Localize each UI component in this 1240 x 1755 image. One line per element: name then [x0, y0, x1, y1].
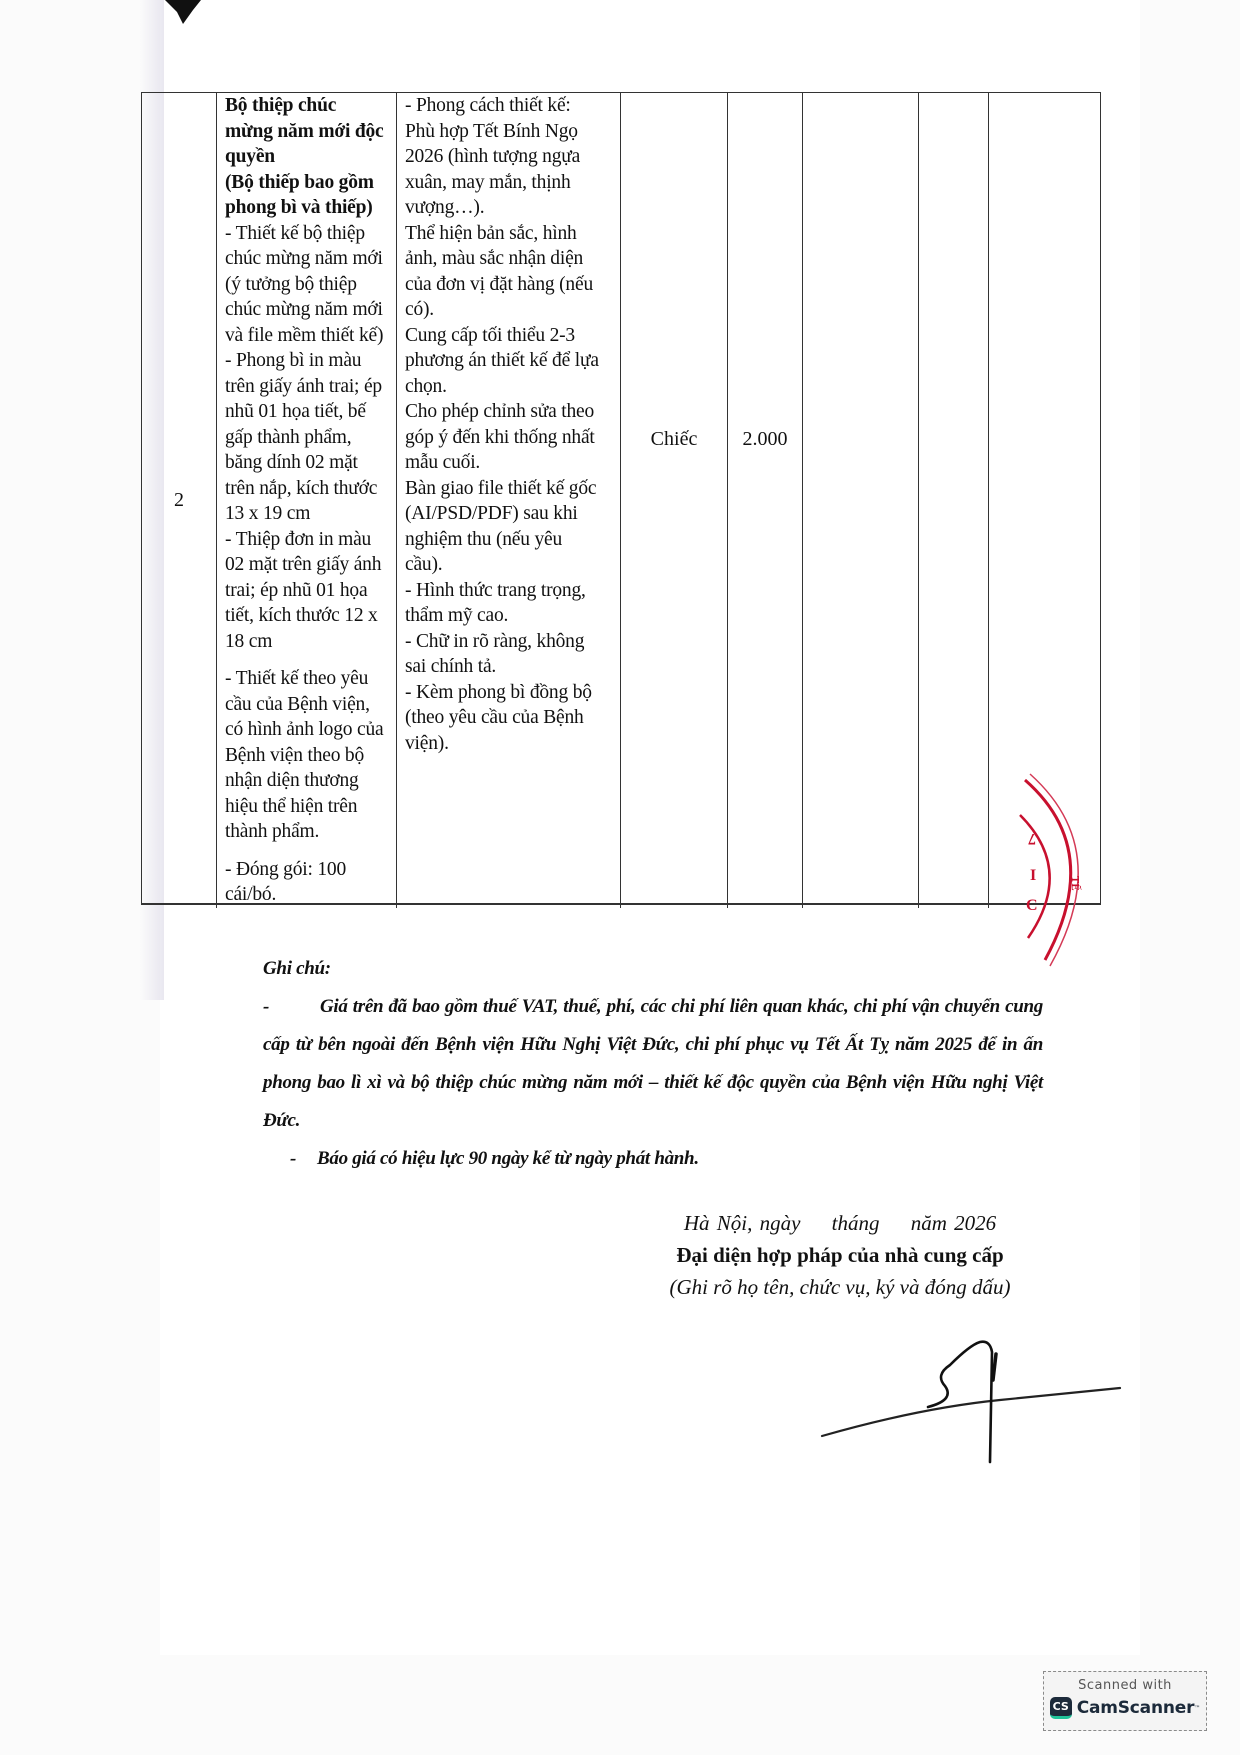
text-line: sai chính tả.: [405, 654, 614, 680]
signature-instruction: (Ghi rõ họ tên, chức vụ, ký và đóng dấu): [640, 1271, 1040, 1303]
text-line: cầu).: [405, 552, 614, 578]
note-item-2: -Báo giá có hiệu lực 90 ngày kể từ ngày …: [263, 1140, 1043, 1178]
badge-caption: Scanned with: [1044, 1678, 1206, 1693]
handwritten-signature: [800, 1330, 1150, 1500]
notes-section: Ghi chú: -Giá trên đã bao gồm thuế VAT, …: [263, 950, 1043, 1178]
text-line: thành phẩm.: [225, 819, 390, 845]
text-line: xuân, may mắn, thịnh: [405, 170, 614, 196]
quantity-value: 2.000: [743, 428, 788, 451]
text-line: thẩm mỹ cao.: [405, 603, 614, 629]
text-line: của đơn vị đặt hàng (nếu: [405, 272, 614, 298]
cell-amount: [919, 93, 989, 908]
cell-item-name: Bộ thiệp chúcmừng năm mới độcquyền(Bộ th…: [217, 93, 397, 908]
text-line: (ý tưởng bộ thiệp: [225, 272, 390, 298]
item-description: Bộ thiệp chúcmừng năm mới độcquyền(Bộ th…: [217, 93, 396, 908]
text-line: - Chữ in rõ ràng, không: [405, 629, 614, 655]
text-line: ảnh, màu sắc nhận diện: [405, 246, 614, 272]
svg-text:7: 7: [1028, 830, 1036, 847]
text-line: trên giấy ánh trai; ép: [225, 374, 390, 400]
badge-brand: CamScanner: [1077, 1698, 1195, 1718]
cell-quantity: 2.000: [728, 93, 803, 908]
text-line: (Bộ thiếp bao gồm: [225, 170, 390, 196]
camscanner-badge: Scanned with CS CamScanner™: [1043, 1671, 1207, 1731]
text-line: mừng năm mới độc: [225, 119, 390, 145]
text-line: 18 cm: [225, 629, 390, 655]
svg-text:C: C: [1026, 897, 1038, 914]
text-line: - Đóng gói: 100: [225, 857, 390, 883]
text-line: băng dính 02 mặt: [225, 450, 390, 476]
svg-text:TẾ: TẾ: [1069, 876, 1082, 891]
technical-requirements: - Phong cách thiết kế:Phù hợp Tết Bính N…: [397, 93, 620, 756]
date-line: Hà Nội, ngày tháng năm 2026: [640, 1207, 1040, 1239]
representative-title: Đại diện hợp pháp của nhà cung cấp: [640, 1239, 1040, 1271]
text-line: Cung cấp tối thiểu 2-3: [405, 323, 614, 349]
cell-stt: 2: [142, 93, 217, 908]
text-line: Phù hợp Tết Bính Ngọ: [405, 119, 614, 145]
quotation-table: 2 Bộ thiệp chúcmừng năm mới độcquyền(Bộ …: [141, 92, 1101, 905]
unit-value: Chiếc: [651, 428, 698, 451]
text-line: trai; ép nhũ 01 họa: [225, 578, 390, 604]
text-line: quyền: [225, 144, 390, 170]
svg-text:I: I: [1030, 867, 1036, 884]
text-line: nhũ 01 họa tiết, bế: [225, 399, 390, 425]
text-line: hiệu thể hiện trên: [225, 794, 390, 820]
text-line: - Thiệp đơn in màu: [225, 527, 390, 553]
text-line: tiết, kích thước 12 x: [225, 603, 390, 629]
text-line: Bàn giao file thiết kế gốc: [405, 476, 614, 502]
text-line: Cho phép chỉnh sửa theo: [405, 399, 614, 425]
text-line: nhận diện thương: [225, 768, 390, 794]
text-line: Thể hiện bản sắc, hình: [405, 221, 614, 247]
text-line: - Hình thức trang trọng,: [405, 578, 614, 604]
text-line: 02 mặt trên giấy ánh: [225, 552, 390, 578]
text-line: chúc mừng năm mới: [225, 297, 390, 323]
text-line: phong bì và thiếp): [225, 195, 390, 221]
text-line: chọn.: [405, 374, 614, 400]
text-line: trên nắp, kích thước: [225, 476, 390, 502]
text-line: cầu của Bệnh viện,: [225, 692, 390, 718]
scan-artifact-mark: [163, 0, 203, 24]
text-line: - Phong cách thiết kế:: [405, 93, 614, 119]
text-line: - Phong bì in màu: [225, 348, 390, 374]
text-line: - Thiết kế bộ thiệp: [225, 221, 390, 247]
text-line: chúc mừng năm mới: [225, 246, 390, 272]
text-line: cái/bó.: [225, 882, 390, 908]
row-number: 2: [174, 489, 184, 512]
text-line: 2026 (hình tượng ngựa: [405, 144, 614, 170]
text-line: - Kèm phong bì đồng bộ: [405, 680, 614, 706]
cell-unit-price: [803, 93, 919, 908]
signature-block: Hà Nội, ngày tháng năm 2026 Đại diện hợp…: [640, 1207, 1040, 1303]
text-line: góp ý đến khi thống nhất: [405, 425, 614, 451]
text-line: (AI/PSD/PDF) sau khi: [405, 501, 614, 527]
text-line: (theo yêu cầu của Bệnh: [405, 705, 614, 731]
cell-requirements: - Phong cách thiết kế:Phù hợp Tết Bính N…: [397, 93, 621, 908]
notes-title: Ghi chú:: [263, 950, 1043, 988]
text-line: viện).: [405, 731, 614, 757]
text-line: phương án thiết kế để lựa: [405, 348, 614, 374]
text-line: nghiệm thu (nếu yêu: [405, 527, 614, 553]
text-line: có).: [405, 297, 614, 323]
camscanner-logo-icon: CS: [1050, 1697, 1072, 1719]
text-line: Bệnh viện theo bộ: [225, 743, 390, 769]
red-stamp: 7 I C TẾ: [1010, 760, 1100, 970]
text-line: mẫu cuối.: [405, 450, 614, 476]
cell-unit: Chiếc: [621, 93, 728, 908]
note-item-1: -Giá trên đã bao gồm thuế VAT, thuế, phí…: [263, 988, 1043, 1140]
text-line: có hình ảnh logo của: [225, 717, 390, 743]
text-line: vượng…).: [405, 195, 614, 221]
text-line: Bộ thiệp chúc: [225, 93, 390, 119]
text-line: gấp thành phẩm,: [225, 425, 390, 451]
text-line: 13 x 19 cm: [225, 501, 390, 527]
text-line: và file mềm thiết kế): [225, 323, 390, 349]
text-line: - Thiết kế theo yêu: [225, 666, 390, 692]
